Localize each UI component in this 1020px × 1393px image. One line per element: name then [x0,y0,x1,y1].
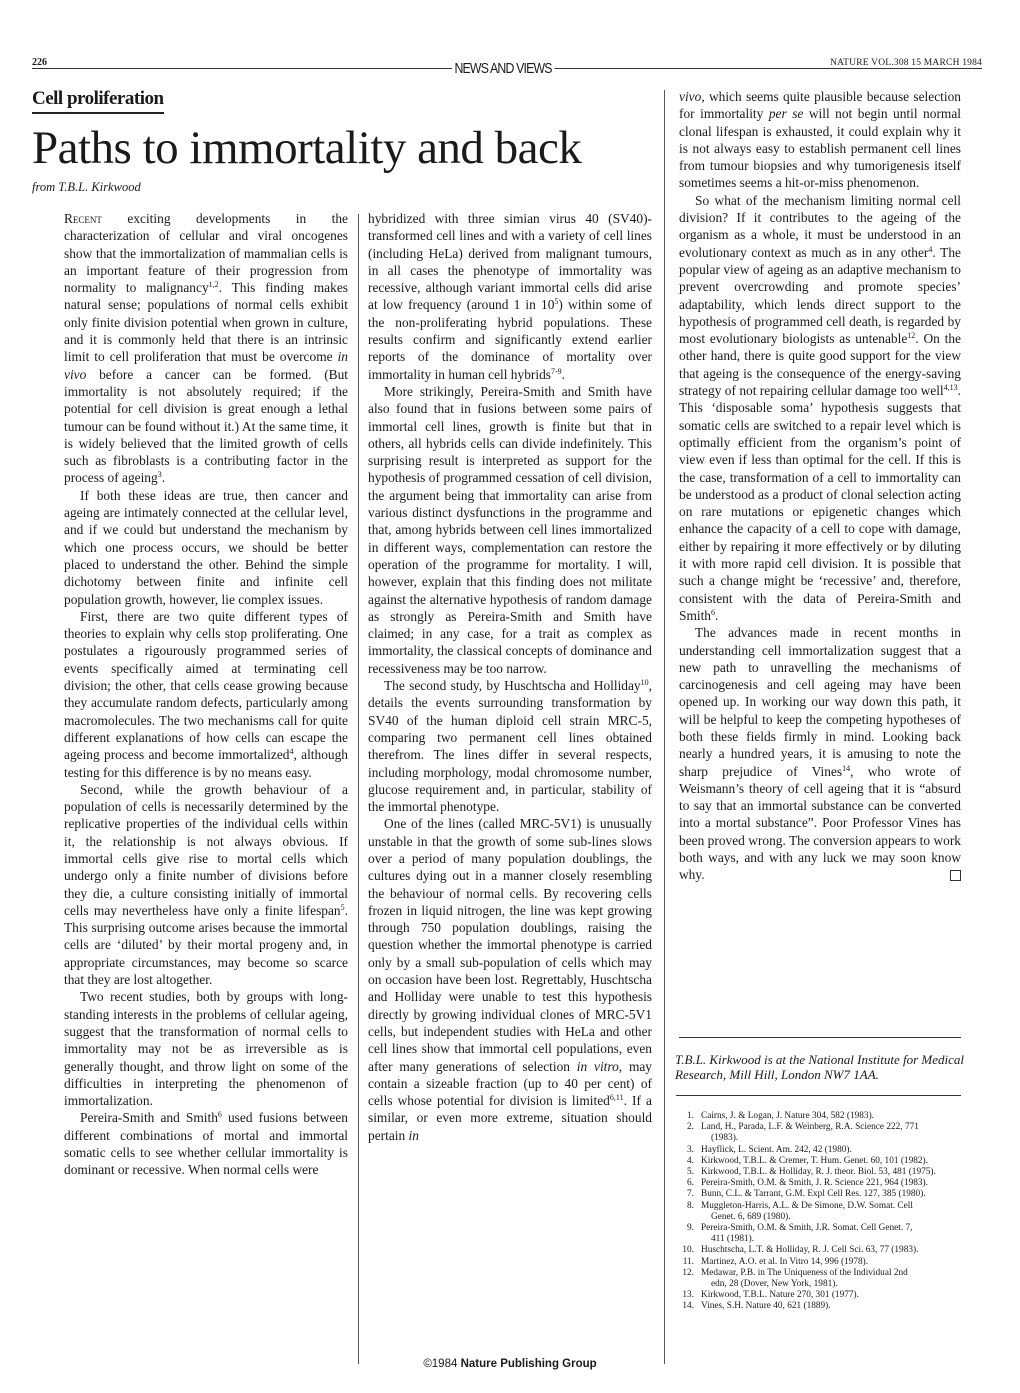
reference-item: 6.Pereira-Smith, O.M. & Smith, J. R. Sci… [676,1178,976,1189]
references-list: 1.Cairns, J. & Logan, J. Nature 304, 582… [676,1111,976,1313]
reference-item: 5.Kirkwood, T.B.L. & Holliday, R. J. the… [676,1167,976,1178]
paragraph: One of the lines (called MRC-5V1) is unu… [368,815,652,1144]
paragraph: The second study, by Huschtscha and Holl… [368,677,652,815]
section-label: NEWS AND VIEWS [452,60,554,78]
reference-item: 8.Muggleton-Harris, A.L. & De Simone, D.… [676,1201,976,1223]
paragraph: So what of the mechanism limiting normal… [679,192,961,624]
paragraph: More strikingly, Pereira-Smith and Smith… [368,383,652,677]
reference-item: 10.Huschtscha, L.T. & Holliday, R. J. Ce… [676,1245,976,1256]
journal-issue: NATURE VOL.308 15 MARCH 1984 [826,58,982,68]
reference-item: 9.Pereira-Smith, O.M. & Smith, J.R. Soma… [676,1223,976,1245]
article-byline: from T.B.L. Kirkwood [32,180,141,195]
paragraph: hybridized with three simian virus 40 (S… [368,210,652,383]
column-divider-2 [664,90,665,1364]
column-divider-1 [358,214,359,1364]
copyright-year: ©1984 [423,1358,457,1370]
paragraph: Recent exciting developments in the char… [64,210,348,487]
reference-item: 2.Land, H., Parada, L.F. & Weinberg, R.A… [676,1122,976,1144]
reference-item: 11.Martinez, A.O. et al. In Vitro 14, 99… [676,1257,976,1268]
paragraph: Two recent studies, both by groups with … [64,988,348,1109]
text-column-3: vivo, which seems quite plausible becaus… [679,88,961,884]
text-column-2: hybridized with three simian virus 40 (S… [368,210,652,1144]
paragraph: If both these ideas are true, then cance… [64,487,348,608]
paragraph: Pereira-Smith and Smith6 used fusions be… [64,1109,348,1178]
publisher-name: Nature Publishing Group [461,1358,597,1370]
reference-item: 3.Hayflick, L. Scient. Am. 242, 42 (1980… [676,1145,976,1156]
article-title: Paths to immortality and back [32,122,581,174]
references-rule [676,1095,961,1096]
reference-item: 13.Kirkwood, T.B.L. Nature 270, 301 (197… [676,1290,976,1301]
running-header: 226 NEWS AND VIEWS NATURE VOL.308 15 MAR… [32,58,982,80]
page-number: 226 [32,58,51,68]
reference-item: 7.Bunn, C.L. & Tarrant, G.M. Expl Cell R… [676,1189,976,1200]
affiliation-rule [679,1037,961,1038]
article-kicker: Cell proliferation [32,88,164,114]
text-column-1: Recent exciting developments in the char… [64,210,348,1179]
copyright-footer: ©1984 Nature Publishing Group [0,1358,1020,1370]
reference-item: 14.Vines, S.H. Nature 40, 621 (1889). [676,1301,976,1312]
paragraph: Second, while the growth behaviour of a … [64,781,348,989]
reference-item: 1.Cairns, J. & Logan, J. Nature 304, 582… [676,1111,976,1122]
reference-item: 4.Kirkwood, T.B.L. & Cremer, T. Hum. Gen… [676,1156,976,1167]
author-affiliation: T.B.L. Kirkwood is at the National Insti… [675,1052,965,1082]
paragraph: The advances made in recent months in un… [679,624,961,883]
paragraph: First, there are two quite different typ… [64,608,348,781]
end-of-article-square-icon [950,870,961,881]
reference-item: 12.Medawar, P.B. in The Uniqueness of th… [676,1268,976,1290]
paragraph: vivo, which seems quite plausible becaus… [679,88,961,192]
